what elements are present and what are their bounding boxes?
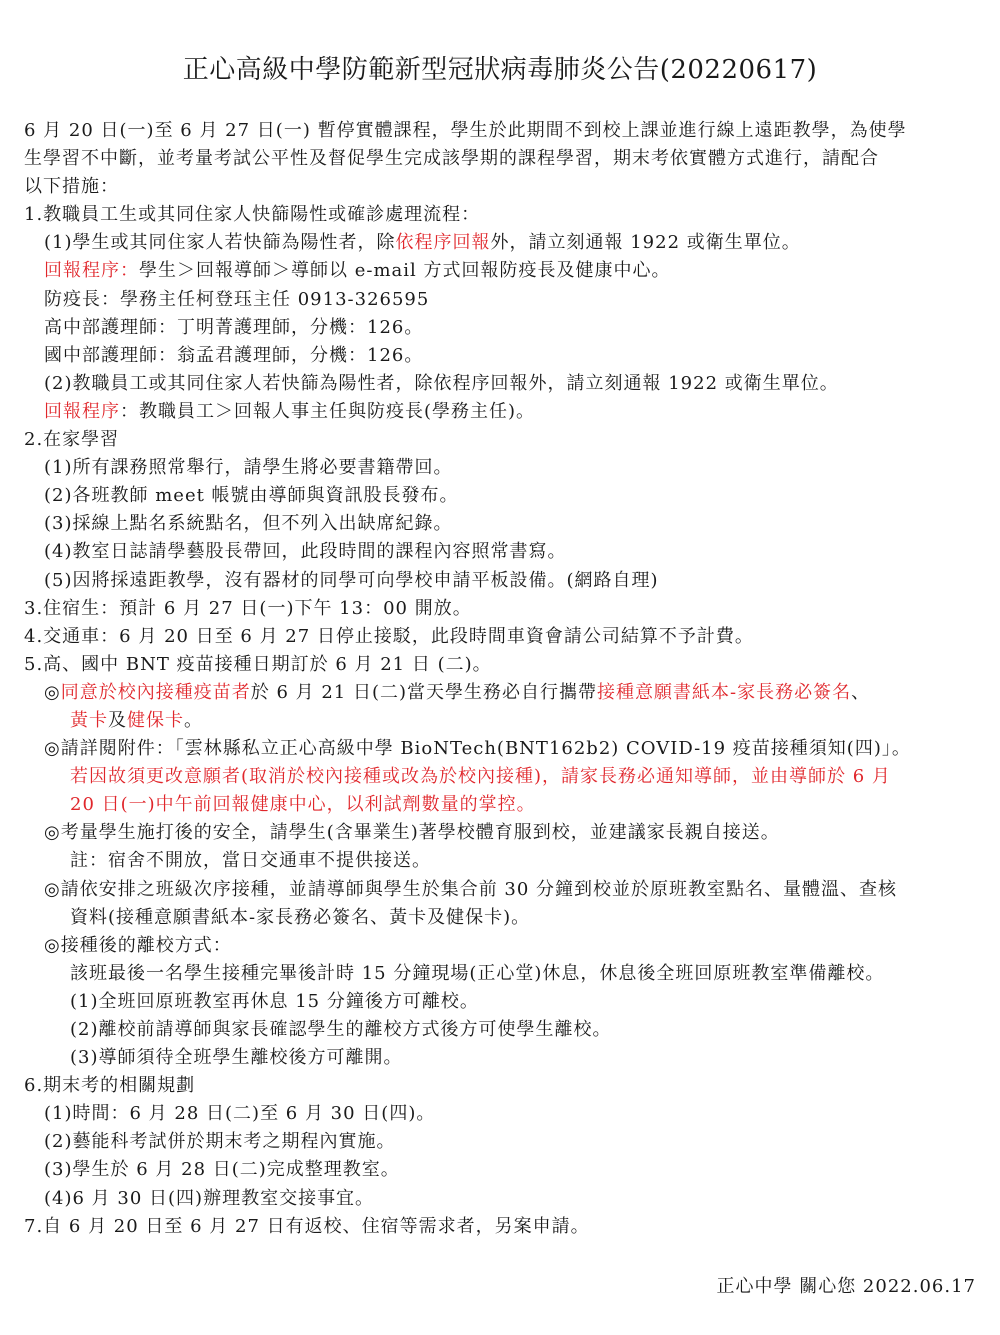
section-4-shuttle-bus: 4.交通車：6 月 20 日至 6 月 27 日停止接駁，此段時間車資會請公司結… [24, 623, 984, 651]
section-6-item-1: (1)時間：6 月 28 日(二)至 6 月 30 日(四)。 [24, 1100, 984, 1128]
section-2-item-2: (2)各班教師 meet 帳號由導師與資訊股長發布。 [24, 482, 984, 510]
item-text: (1)學生或其同住家人若快篩為陽性者，除 [44, 232, 396, 253]
report-procedure-2: 回報程序：教職員工＞回報人事主任與防疫長(學務主任)。 [24, 398, 984, 426]
section-5-bullet-4: ◎請依安排之班級次序接種，並請導師與學生於集合前 30 分鐘到校並於原班教室點名… [24, 876, 984, 904]
section-5-bullet-4-cont: 資料(接種意願書紙本-家長務必簽名、黃卡及健保卡)。 [24, 904, 984, 932]
highlight-text: 黃卡 [70, 710, 108, 731]
contact-epidemic-officer: 防疫長：學務主任柯登珏主任 0913-326595 [24, 286, 984, 314]
bullet-mark: ◎ [44, 682, 61, 703]
section-2-item-3: (3)採線上點名系統點名，但不列入出缺席紀錄。 [24, 510, 984, 538]
announcement-body: 6 月 20 日(一)至 6 月 27 日(一) 暫停實體課程，學生於此期間不到… [24, 117, 984, 1241]
procedure-text: ：教職員工＞回報人事主任與防疫長(學務主任)。 [120, 401, 535, 422]
section-5-bullet-5-item-3: (3)導師須待全班學生離校後方可離開。 [24, 1044, 984, 1072]
section-2-item-4: (4)教室日誌請學藝股長帶回，此段時間的課程內容照常書寫。 [24, 538, 984, 566]
contact-high-school-nurse: 高中部護理師：丁明菁護理師，分機：126。 [24, 314, 984, 342]
highlight-text: 依程序回報 [396, 232, 491, 253]
section-5-bullet-2-note-1: 若因故須更改意願者(取消於校內接種或改為於校內接種)，請家長務必通知導師，並由導… [24, 763, 984, 791]
item-text: 外，請立刻通報 1922 或衛生單位。 [491, 232, 801, 253]
section-6-item-4: (4)6 月 30 日(四)辦理教室交接事宜。 [24, 1185, 984, 1213]
procedure-label: 回報程序： [44, 260, 139, 281]
announcement-title: 正心高級中學防範新型冠狀病毒肺炎公告(20220617) [0, 52, 1000, 88]
section-1-item-1: (1)學生或其同住家人若快篩為陽性者，除依程序回報外，請立刻通報 1922 或衛… [24, 229, 984, 257]
bullet-text: 。 [184, 710, 203, 731]
section-5-heading: 5.高、國中 BNT 疫苗接種日期訂於 6 月 21 日 (二)。 [24, 651, 984, 679]
highlight-text: 接種意願書紙本-家長務必簽名 [597, 682, 851, 703]
procedure-text: 學生＞回報導師＞導師以 e-mail 方式回報防疫長及健康中心。 [139, 260, 671, 281]
section-5-bullet-5-item-2: (2)離校前請導師與家長確認學生的離校方式後方可使學生離校。 [24, 1016, 984, 1044]
section-1-heading: 1.教職員工生或其同住家人快篩陽性或確診處理流程： [24, 201, 984, 229]
intro-line-1: 6 月 20 日(一)至 6 月 27 日(一) 暫停實體課程，學生於此期間不到… [24, 117, 984, 145]
signature-footer: 正心中學 關心您 2022.06.17 [716, 1273, 976, 1301]
section-5-bullet-2-note-2: 20 日(一)中午前回報健康中心，以利試劑數量的掌控。 [24, 791, 984, 819]
section-5-bullet-1: ◎同意於校內接種疫苗者於 6 月 21 日(二)當天學生務必自行攜帶接種意願書紙… [24, 679, 984, 707]
bullet-text: 、 [851, 682, 870, 703]
intro-line-3: 以下措施： [24, 173, 984, 201]
highlight-text: 健保卡 [127, 710, 184, 731]
section-7-requests: 7.自 6 月 20 日至 6 月 27 日有返校、住宿等需求者，另案申請。 [24, 1213, 984, 1241]
contact-junior-high-nurse: 國中部護理師：翁孟君護理師，分機：126。 [24, 342, 984, 370]
bullet-text: 及 [108, 710, 127, 731]
section-2-item-1: (1)所有課務照常舉行，請學生將必要書籍帶回。 [24, 454, 984, 482]
section-5-bullet-5-item-1: (1)全班回原班教室再休息 15 分鐘後方可離校。 [24, 988, 984, 1016]
section-5-bullet-5: ◎接種後的離校方式： [24, 932, 984, 960]
section-5-bullet-3-note: 註：宿舍不開放，當日交通車不提供接送。 [24, 847, 984, 875]
section-1-item-2: (2)教職員工或其同住家人若快篩為陽性者，除依程序回報外，請立刻通報 1922 … [24, 370, 984, 398]
section-6-item-3: (3)學生於 6 月 28 日(二)完成整理教室。 [24, 1156, 984, 1184]
procedure-label: 回報程序 [44, 401, 120, 422]
report-procedure-1: 回報程序：學生＞回報導師＞導師以 e-mail 方式回報防疫長及健康中心。 [24, 257, 984, 285]
section-6-heading: 6.期末考的相關規劃 [24, 1072, 984, 1100]
section-5-bullet-3: ◎考量學生施打後的安全，請學生(含畢業生)著學校體育服到校，並建議家長親自接送。 [24, 819, 984, 847]
section-5-bullet-2: ◎請詳閱附件：「雲林縣私立正心高級中學 BioNTech(BNT162b2) C… [24, 735, 984, 763]
section-6-item-2: (2)藝能科考試併於期末考之期程內實施。 [24, 1128, 984, 1156]
highlight-text: 同意於校內接種疫苗者 [61, 682, 251, 703]
section-3-dormitory: 3.住宿生：預計 6 月 27 日(一)下午 13：00 開放。 [24, 595, 984, 623]
section-2-item-5: (5)因將採遠距教學，沒有器材的同學可向學校申請平板設備。(網路自理) [24, 567, 984, 595]
section-5-bullet-5-text: 該班最後一名學生接種完畢後計時 15 分鐘現場(正心堂)休息，休息後全班回原班教… [24, 960, 984, 988]
section-2-heading: 2.在家學習 [24, 426, 984, 454]
intro-line-2: 生學習不中斷，並考量考試公平性及督促學生完成該學期的課程學習，期末考依實體方式進… [24, 145, 984, 173]
bullet-text: 於 6 月 21 日(二)當天學生務必自行攜帶 [251, 682, 597, 703]
section-5-bullet-1-cont: 黃卡及健保卡。 [24, 707, 984, 735]
